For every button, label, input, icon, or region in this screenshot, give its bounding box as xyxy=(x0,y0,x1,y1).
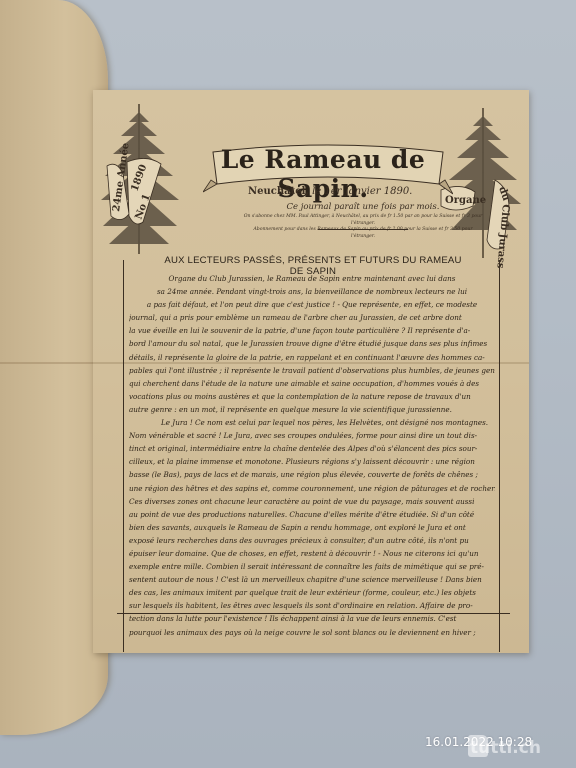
publication-frequency: Ce journal paraît une fois par mois. xyxy=(278,202,448,212)
body-line: détails, il représente la gloire de la p… xyxy=(129,351,495,364)
masthead-banner: Le Rameau de Sapin. xyxy=(203,140,443,190)
body-line: la vue éveille en lui le souvenir de la … xyxy=(129,324,495,337)
body-line: tinct et original, intermédiaire entre l… xyxy=(129,442,495,455)
newspaper-page: 24me Année 1890 No 1 Organe du Club Jura… xyxy=(93,90,529,653)
frame-rule-left xyxy=(123,260,124,652)
watermark-brand: tutti.ch xyxy=(470,738,541,758)
body-line: cilleux, et la plaine immense et monoton… xyxy=(129,455,495,468)
body-line: Ces diverses zones ont chacune leur cara… xyxy=(129,495,495,508)
body-line: sentent autour de nous ! C'est là un mer… xyxy=(129,573,495,586)
body-line: sur lesquels ils habitent, les êtres ave… xyxy=(129,599,495,612)
body-line: Nom vénérable et sacré ! Le Jura, avec s… xyxy=(129,429,495,442)
body-line: tection dans la lutte pour l'existence !… xyxy=(129,612,495,625)
subscription-info: On s'abonne chez MM. Paul Attinger, à Ne… xyxy=(243,214,483,240)
body-line: a pas fait défaut, et l'on peut dire que… xyxy=(129,298,495,311)
body-line: Organe du Club Jurassien, le Rameau de S… xyxy=(129,272,495,285)
article-body: Organe du Club Jurassien, le Rameau de S… xyxy=(129,272,495,639)
body-line: bord l'amour du sol natal, que le Jurass… xyxy=(129,337,495,350)
body-line: autre genre : en un mot, il représente e… xyxy=(129,403,495,416)
body-line: sa 24me année. Pendant vingt-trois ans, … xyxy=(129,285,495,298)
body-line: des cas, les animaux imitent par quelque… xyxy=(129,586,495,599)
subscription-line: On s'abonne chez MM. Paul Attinger, à Ne… xyxy=(243,214,483,227)
left-page-stack xyxy=(0,0,108,735)
body-line: exemple entre mille. Combien il serait i… xyxy=(129,560,495,573)
dateline-city: Neuchâtel, xyxy=(248,186,309,197)
left-fir-tree-illustration: 24me Année 1890 No 1 xyxy=(99,104,189,264)
body-line: pourquoi les animaux des pays où la neig… xyxy=(129,626,495,639)
body-line: pables qui l'ont illustrée ; il représen… xyxy=(129,364,495,377)
body-line: bien des savants, auxquels le Rameau de … xyxy=(129,521,495,534)
frame-rule-right xyxy=(499,260,500,652)
fir-tree-icon: 24me Année 1890 No 1 xyxy=(99,104,189,264)
body-line: vocations plus ou moins austères et que … xyxy=(129,390,495,403)
body-line: journal, qui a pris pour emblème un rame… xyxy=(129,311,495,324)
ornamental-rule xyxy=(318,229,408,234)
body-line: basse (le Bas), pays de lacs et de marai… xyxy=(129,468,495,481)
body-line: épuiser leur domaine. Que de choses, en … xyxy=(129,547,495,560)
dateline-date: le 1er Janvier 1890. xyxy=(312,186,412,197)
body-line: Le Jura ! Ce nom est celui par lequel no… xyxy=(129,416,495,429)
body-line: au point de vue des productions naturell… xyxy=(129,508,495,521)
body-line: exposé leurs recherches dans des ouvrage… xyxy=(129,534,495,547)
dateline: Neuchâtel, le 1er Janvier 1890. xyxy=(248,186,448,197)
body-line: une région des hêtres et des sapins et, … xyxy=(129,482,495,495)
body-line: qui cherchent dans l'étude de la nature … xyxy=(129,377,495,390)
left-page-fold xyxy=(0,362,108,364)
